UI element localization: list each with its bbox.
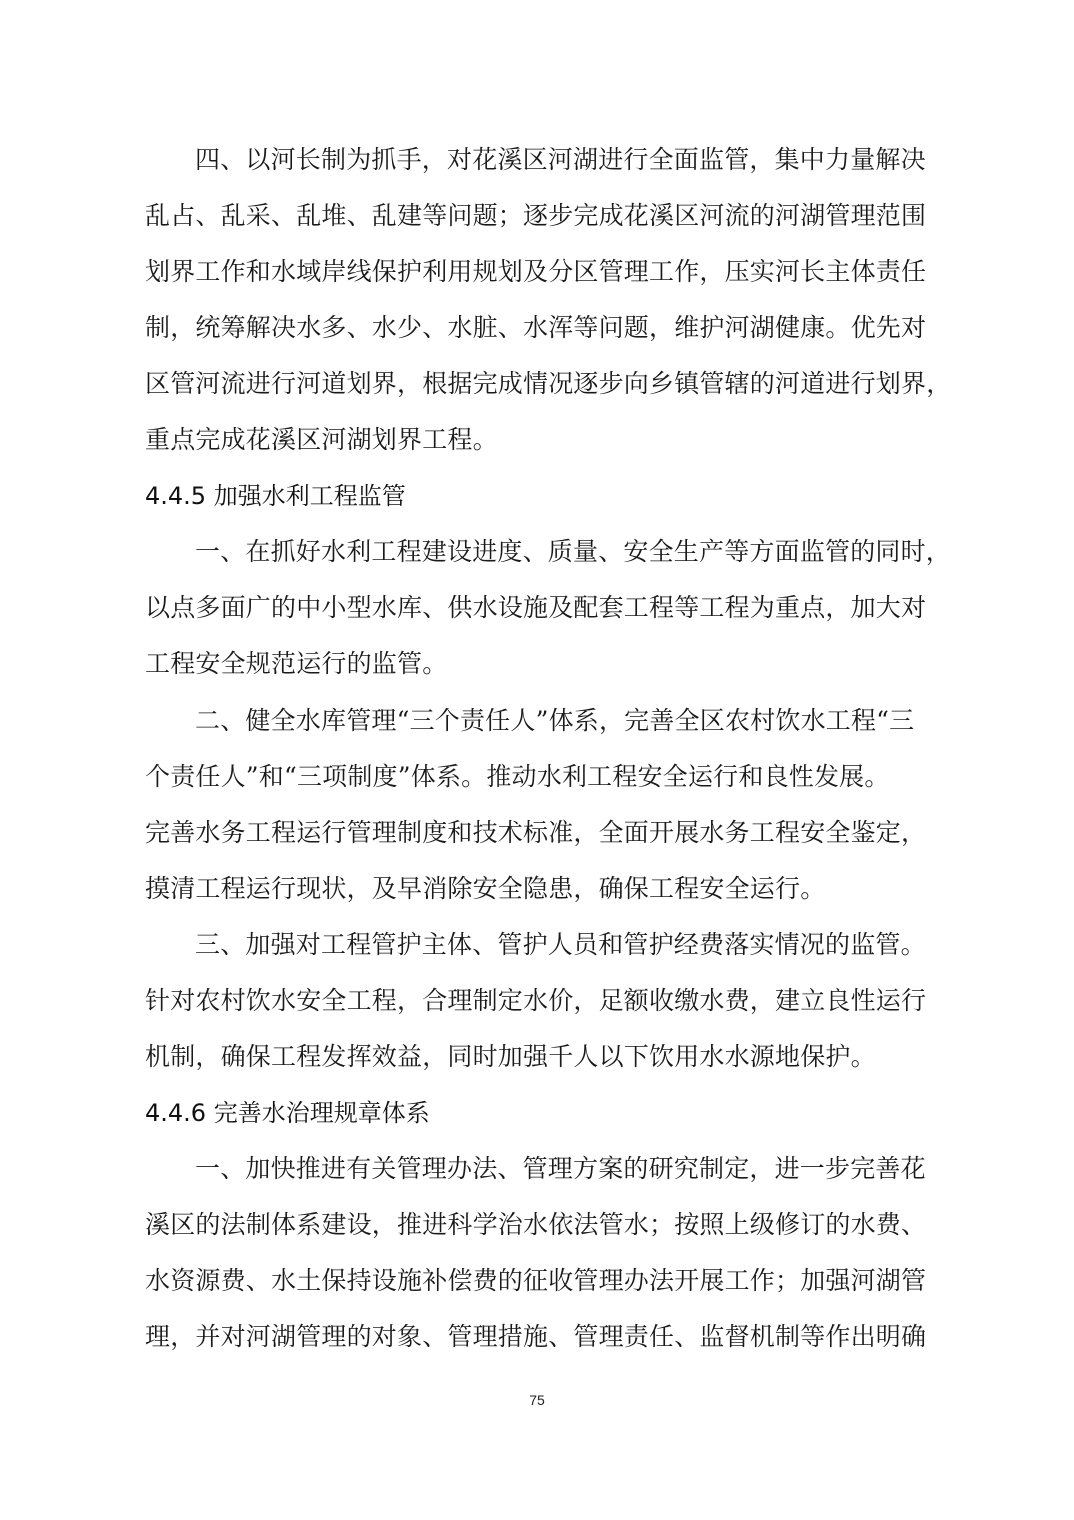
paragraph-line: 四、以河长制为抓手，对花溪区河湖进行全面监管，集中力量解决 (195, 145, 935, 175)
paragraph-line: 理，并对河湖管理的对象、管理措施、管理责任、监督机制等作出明确 (145, 1322, 935, 1352)
page-number: 75 (0, 1392, 1074, 1408)
paragraph-line: 三、加强对工程管护主体、管护人员和管护经费落实情况的监管。 (195, 930, 935, 960)
paragraph-line: 区管河流进行河道划界，根据完成情况逐步向乡镇管辖的河道进行划界， (145, 369, 935, 399)
paragraph-line: 针对农村饮水安全工程，合理制定水价，足额收缴水费，建立良性运行 (145, 986, 935, 1016)
paragraph-line: 完善水务工程运行管理制度和技术标准，全面开展水务工程安全鉴定， (145, 818, 935, 848)
paragraph-line: 工程安全规范运行的监管。 (145, 649, 935, 679)
paragraph-line: 划界工作和水域岸线保护利用规划及分区管理工作，压实河长主体责任 (145, 257, 935, 287)
paragraph-line: 溪区的法制体系建设，推进科学治水依法管水；按照上级修订的水费、 (145, 1210, 935, 1240)
document-page: 四、以河长制为抓手，对花溪区河湖进行全面监管，集中力量解决 乱占、乱采、乱堆、乱… (0, 0, 1074, 1520)
section-heading-4-4-6: 4.4.6 完善水治理规章体系 (145, 1098, 430, 1128)
paragraph-line: 以点多面广的中小型水库、供水设施及配套工程等工程为重点，加大对 (145, 593, 935, 623)
paragraph-line: 乱占、乱采、乱堆、乱建等问题；逐步完成花溪区河流的河湖管理范围 (145, 201, 935, 231)
paragraph-line: 二、健全水库管理“三个责任人”体系，完善全区农村饮水工程“三 (195, 706, 935, 736)
paragraph-line: 一、加快推进有关管理办法、管理方案的研究制定，进一步完善花 (195, 1154, 935, 1184)
paragraph-line: 摸清工程运行现状，及早消除安全隐患，确保工程安全运行。 (145, 874, 935, 904)
paragraph-line: 重点完成花溪区河湖划界工程。 (145, 425, 935, 455)
paragraph-line: 制，统筹解决水多、水少、水脏、水浑等问题，维护河湖健康。优先对 (145, 313, 935, 343)
paragraph-line: 水资源费、水土保持设施补偿费的征收管理办法开展工作；加强河湖管 (145, 1266, 935, 1296)
paragraph-line: 一、在抓好水利工程建设进度、质量、安全生产等方面监管的同时， (195, 537, 935, 567)
paragraph-line: 机制，确保工程发挥效益，同时加强千人以下饮用水水源地保护。 (145, 1042, 935, 1072)
section-heading-4-4-5: 4.4.5 加强水利工程监管 (145, 481, 406, 511)
paragraph-line: 个责任人”和“三项制度”体系。推动水利工程安全运行和良性发展。 (145, 762, 935, 792)
